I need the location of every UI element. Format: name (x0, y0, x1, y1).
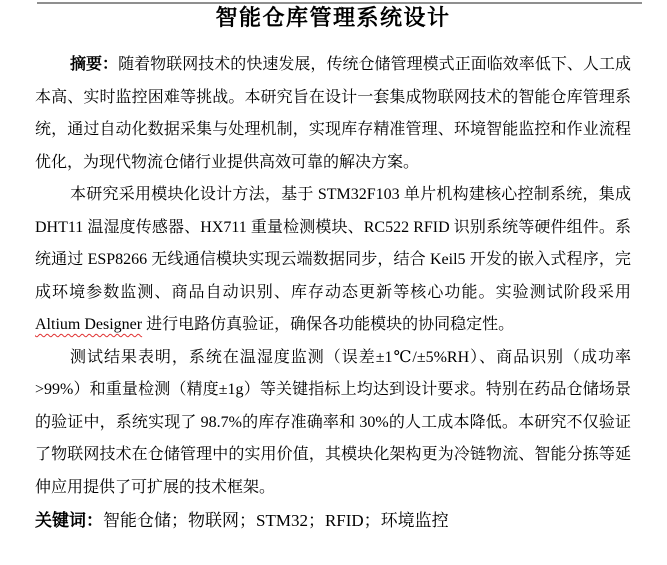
abstract-paragraph-2-text-post: 进行电路仿真验证，确保各功能模块的协同稳定性。 (142, 316, 514, 333)
abstract-paragraph-1-text: 随着物联网技术的快速发展，传统仓储管理模式正面临效率低下、人工成本高、实时监控困… (35, 56, 631, 171)
page-top-border (37, 2, 642, 4)
keywords-line: 关键词：智能仓储；物联网；STM32；RFID；环境监控 (35, 504, 631, 537)
keywords-text: 智能仓储；物联网；STM32；RFID；环境监控 (103, 511, 449, 530)
abstract-section: 摘要：随着物联网技术的快速发展，传统仓储管理模式正面临效率低下、人工成本高、实时… (35, 49, 631, 504)
abstract-paragraph-3: 测试结果表明，系统在温湿度监测（误差±1℃/±5%RH）、商品识别（成功率>99… (35, 342, 631, 505)
abstract-paragraph-1: 摘要：随着物联网技术的快速发展，传统仓储管理模式正面临效率低下、人工成本高、实时… (35, 49, 631, 179)
abstract-paragraph-2-text-pre: 本研究采用模块化设计方法，基于 STM32F103 单片机构建核心控制系统，集成… (35, 186, 631, 301)
keywords-label: 关键词： (35, 511, 103, 530)
spellcheck-flagged-word: Altium Designer (35, 316, 142, 333)
document-title: 智能仓库管理系统设计 (35, 4, 631, 31)
abstract-paragraph-3-text: 测试结果表明，系统在温湿度监测（误差±1℃/±5%RH）、商品识别（成功率>99… (35, 349, 631, 496)
document-page[interactable]: 智能仓库管理系统设计 摘要：随着物联网技术的快速发展，传统仓储管理模式正面临效率… (0, 0, 667, 565)
abstract-paragraph-2: 本研究采用模块化设计方法，基于 STM32F103 单片机构建核心控制系统，集成… (35, 179, 631, 342)
abstract-label: 摘要： (70, 56, 118, 73)
